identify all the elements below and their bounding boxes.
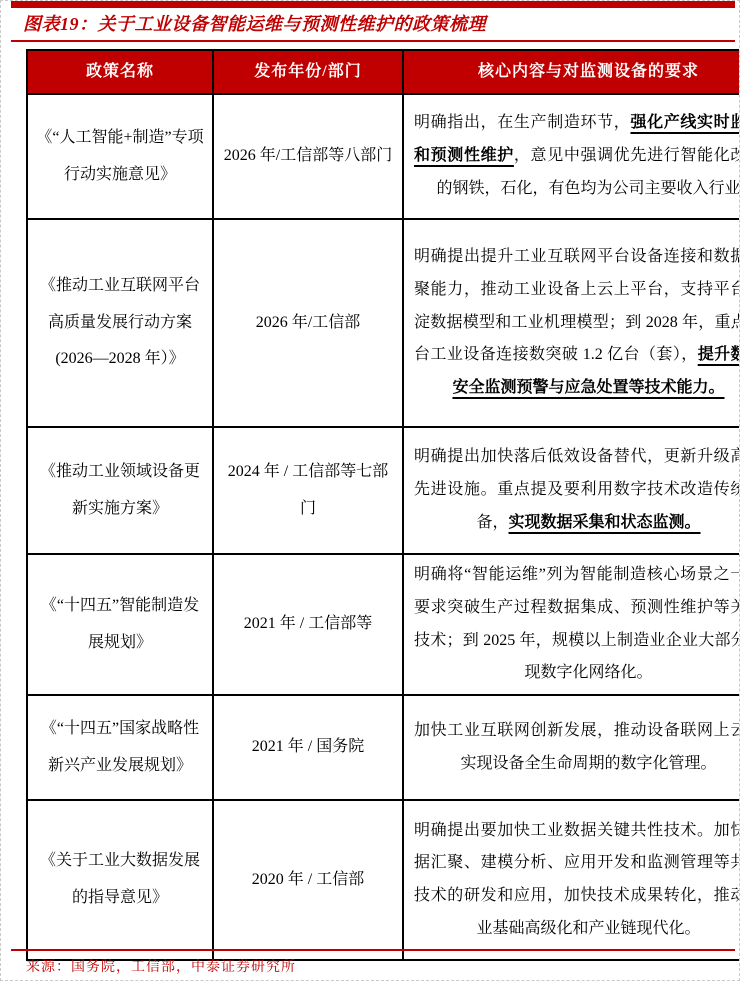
year-dept-cell: 2021 年 / 国务院 — [213, 695, 403, 800]
table-header: 政策名称 发布年份/部门 核心内容与对监测设备的要求 — [27, 50, 740, 94]
table-row: 《推动工业领域设备更新实施方案》2024 年 / 工信部等七部门明确提出加快落后… — [27, 427, 740, 554]
year-dept-cell: 2026 年/工信部等八部门 — [213, 94, 403, 219]
table-body: 《“人工智能+制造”专项行动实施意见》2026 年/工信部等八部门明确指出，在生… — [27, 94, 740, 960]
content-text: 明确指出，在生产制造环节， — [414, 114, 630, 131]
year-dept-cell: 2020 年 / 工信部 — [213, 800, 403, 960]
content-text: 明确将“智能运维”列为智能制造核心场景之一。要求突破生产过程数据集成、预测性维护… — [414, 566, 740, 681]
header-core-content: 核心内容与对监测设备的要求 — [403, 50, 740, 94]
header-policy-name: 政策名称 — [27, 50, 213, 94]
table-row: 《“人工智能+制造”专项行动实施意见》2026 年/工信部等八部门明确指出，在生… — [27, 94, 740, 219]
core-content-cell: 明确提出加快落后低效设备替代，更新升级高端先进设施。重点提及要利用数字技术改造传… — [403, 427, 740, 554]
title-divider — [11, 40, 735, 42]
header-year-dept: 发布年份/部门 — [213, 50, 403, 94]
emphasized-text: 实现数据采集和状态监测。 — [509, 514, 701, 531]
content-text: 明确提出提升工业互联网平台设备连接和数据汇聚能力，推动工业设备上云上平台，支持平… — [414, 248, 740, 363]
year-dept-cell: 2021 年 / 工信部等 — [213, 554, 403, 695]
table-header-row: 政策名称 发布年份/部门 核心内容与对监测设备的要求 — [27, 50, 740, 94]
year-dept-cell: 2024 年 / 工信部等七部门 — [213, 427, 403, 554]
report-figure-page: 图表19：关于工业设备智能运维与预测性维护的政策梳理 政策名称 发布年份/部门 … — [0, 0, 740, 981]
table-row: 《“十四五”智能制造发展规划》2021 年 / 工信部等明确将“智能运维”列为智… — [27, 554, 740, 695]
policy-name-cell: 《“人工智能+制造”专项行动实施意见》 — [27, 94, 213, 219]
core-content-cell: 加快工业互联网创新发展，推动设备联网上云，实现设备全生命周期的数字化管理。 — [403, 695, 740, 800]
content-text: 加快工业互联网创新发展，推动设备联网上云，实现设备全生命周期的数字化管理。 — [414, 722, 740, 772]
core-content-cell: 明确指出，在生产制造环节，强化产线实时监测和预测性维护，意见中强调优先进行智能化… — [403, 94, 740, 219]
table-row: 《推动工业互联网平台高质量发展行动方案(2026—2028 年）》2026 年/… — [27, 219, 740, 427]
table-row: 《关于工业大数据发展的指导意见》2020 年 / 工信部明确提出要加快工业数据关… — [27, 800, 740, 960]
policy-name-cell: 《“十四五”智能制造发展规划》 — [27, 554, 213, 695]
policy-name-cell: 《“十四五”国家战略性新兴产业发展规划》 — [27, 695, 213, 800]
policy-name-cell: 《关于工业大数据发展的指导意见》 — [27, 800, 213, 960]
top-red-bar — [11, 1, 735, 8]
source-divider — [11, 949, 735, 951]
figure-title: 图表19：关于工业设备智能运维与预测性维护的政策梳理 — [23, 10, 486, 36]
source-note: 来源：国务院，工信部，中泰证券研究所 — [26, 956, 296, 976]
content-text: 明确提出要加快工业数据关键共性技术。加快数据汇聚、建模分析、应用开发和监测管理等… — [414, 822, 740, 937]
year-dept-cell: 2026 年/工信部 — [213, 219, 403, 427]
policy-table: 政策名称 发布年份/部门 核心内容与对监测设备的要求 《“人工智能+制造”专项行… — [26, 49, 740, 961]
core-content-cell: 明确提出要加快工业数据关键共性技术。加快数据汇聚、建模分析、应用开发和监测管理等… — [403, 800, 740, 960]
core-content-cell: 明确提出提升工业互联网平台设备连接和数据汇聚能力，推动工业设备上云上平台，支持平… — [403, 219, 740, 427]
core-content-cell: 明确将“智能运维”列为智能制造核心场景之一。要求突破生产过程数据集成、预测性维护… — [403, 554, 740, 695]
table-row: 《“十四五”国家战略性新兴产业发展规划》2021 年 / 国务院加快工业互联网创… — [27, 695, 740, 800]
policy-name-cell: 《推动工业互联网平台高质量发展行动方案(2026—2028 年）》 — [27, 219, 213, 427]
policy-name-cell: 《推动工业领域设备更新实施方案》 — [27, 427, 213, 554]
